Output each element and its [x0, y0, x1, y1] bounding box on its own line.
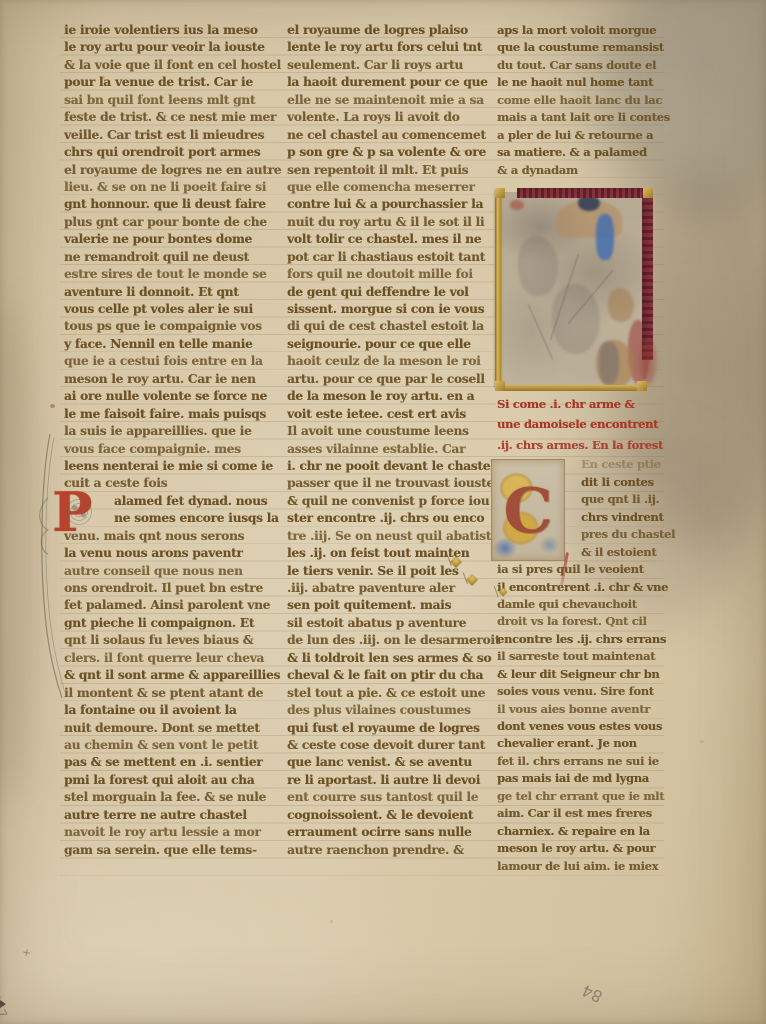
text-line: lamour de lui aim. ie miex: [497, 858, 663, 875]
text-line: ons orendroit. Il puet bn estre: [64, 580, 280, 597]
left-edge-mark: [0, 1000, 6, 1008]
text-line: & la voie que il font en cel hostel: [64, 57, 280, 74]
text-line: qui fust el royaume de logres: [287, 720, 499, 737]
text-line: cheval & le fait on ptir du cha: [287, 667, 499, 684]
text-line: meson le roy artu. Car ie nen: [64, 371, 280, 388]
text-line: elle ne se maintenoit mie a sa: [287, 92, 499, 109]
text-line: du tout. Car sans doute el: [497, 57, 663, 74]
text-line: pot car li chastiaus estoit tant: [287, 249, 499, 266]
text-line: plus gnt car pour bonte de che: [64, 214, 280, 231]
rubric-line: Si come .i. chr arme &: [497, 394, 663, 415]
text-line: le ne haoit nul home tant: [497, 74, 663, 91]
text-line: feste de trist. & ce nest mie mer: [64, 109, 280, 126]
rubric-line: .ij. chrs armes. En la forest: [497, 435, 663, 456]
text-line: pas & se mettent en .i. sentier: [64, 754, 280, 771]
miniature-ochre-figure: [596, 340, 634, 388]
text-line: stel tout a pie. & ce estoit une: [287, 685, 499, 702]
miniature-gold-frame-bottom: [495, 385, 647, 391]
text-line: sa matiere. & a palamed: [497, 144, 663, 161]
text-line: il montent & se ptent atant de: [64, 685, 280, 702]
text-line: venu. mais qnt nous serons: [64, 528, 280, 545]
text-line: cognoissoient. & le devoient: [287, 807, 499, 824]
text-line: mais a tant lait ore li contes: [497, 109, 663, 126]
text-line: le me faisoit faire. mais puisqs: [64, 406, 280, 423]
text-line: valerie ne pour bontes dome: [64, 231, 280, 248]
text-line: p son gre & p sa volente & ore: [287, 144, 499, 161]
text-line: la fontaine ou il avoient la: [64, 702, 280, 719]
text-line: de lun des .iij. on le desarmeroit: [287, 632, 499, 649]
manuscript-page: ie iroie volentiers ius la mesole roy ar…: [0, 0, 766, 1024]
text-line: alamed fet dynad. nous: [64, 493, 280, 510]
text-line: cuit a ceste fois: [64, 475, 280, 492]
ink-speck: [700, 740, 704, 743]
miniature-ochre-figure: [608, 288, 634, 322]
text-line: asses vilainne establie. Car: [287, 441, 499, 458]
text-line: que elle comencha meserrer: [287, 179, 499, 196]
text-line: chevalier erant. Je non: [497, 735, 663, 752]
text-line: gnt honnour. que li deust faire: [64, 196, 280, 213]
text-line: soies vous venu. Sire font: [497, 683, 663, 700]
text-line: a pler de lui & retourne a: [497, 127, 663, 144]
text-line: de gent qui deffendre le vol: [287, 284, 499, 301]
text-line: que la coustume remansist: [497, 39, 663, 56]
text-line: voit este ietee. cest ert avis: [287, 406, 499, 423]
ink-speck: [50, 404, 55, 408]
text-line: veille. Car trist est li mieudres: [64, 127, 280, 144]
text-line: sen repentoit il mlt. Et puis: [287, 162, 499, 179]
illuminated-initial-C: C: [491, 459, 565, 561]
text-line: navoit le roy artu lessie a mor: [64, 824, 280, 841]
paragraph-with-initial-P: P alamed fet dynad. nousne somes encore …: [64, 493, 280, 859]
text-line: contre lui & a pourchassier la: [287, 196, 499, 213]
text-line: gam sa serein. que elle tems-: [64, 842, 280, 859]
rubric-line: une damoisele encontrent: [497, 414, 663, 435]
text-line: que lanc venist. & se aventu: [287, 754, 499, 771]
text-line: sil estoit abatus p aventure: [287, 615, 499, 632]
margin-pen-flourish: [34, 432, 68, 700]
text-line: sissent. morgue si con ie vous: [287, 301, 499, 318]
text-line: volente. La roys li avoit do: [287, 109, 499, 126]
text-line: re li aportast. li autre li devoi: [287, 772, 499, 789]
text-line: encontre les .ij. chrs errans: [497, 631, 663, 648]
text-line: el royaume de logres plaiso: [287, 22, 499, 39]
miniature-gold-corner: [495, 381, 505, 391]
text-line: come elle haoit lanc du lac: [497, 92, 663, 109]
text-line: i. chr ne pooit devant le chastel: [287, 458, 499, 475]
text-line: ne somes encore iusqs la: [64, 510, 280, 527]
column2-paragraph: el royaume de logres plaisolente le roy …: [287, 22, 499, 859]
pencil-cross-mark: +: [21, 945, 33, 960]
text-line: dont venes vous estes vous: [497, 718, 663, 735]
text-line: lieu. & se on ne li poeit faire si: [64, 179, 280, 196]
text-line: nuit demoure. Dont se mettet: [64, 720, 280, 737]
column3-upper-paragraph: aps la mort voloit morgueque la coustume…: [497, 22, 663, 179]
text-line: leens nenterai ie mie si come ie: [64, 458, 280, 475]
text-line: di qui de cest chastel estoit la: [287, 318, 499, 335]
column1-paragraph-1: ie iroie volentiers ius la mesole roy ar…: [64, 22, 280, 493]
text-line: passer que il ne trouvast iouste: [287, 475, 499, 492]
miniature-maroon-border-top: [517, 188, 645, 198]
text-line: pour la venue de trist. Car ie: [64, 74, 280, 91]
text-line: damle qui chevauchoit: [497, 596, 663, 613]
text-line: estre sires de tout le monde se: [64, 266, 280, 283]
text-line: fet palamed. Ainsi parolent vne: [64, 597, 280, 614]
blue-pigment-patch: [596, 214, 614, 260]
text-line: des plus vilaines coustumes: [287, 702, 499, 719]
text-line: ie iroie volentiers ius la meso: [64, 22, 280, 39]
text-line: il sarreste tout maintenat: [497, 648, 663, 665]
text-line: il vous aies bonne aventr: [497, 701, 663, 718]
text-line: tre .iij. Se on neust quil abatist: [287, 528, 499, 545]
text-line: seulement. Car li roys artu: [287, 57, 499, 74]
miniature-red-smear: [640, 338, 656, 384]
text-line: tous ps que ie compaignie vos: [64, 318, 280, 335]
text-line: haoit ceulz de la meson le roi: [287, 353, 499, 370]
text-line: gnt pieche li compaignon. Et: [64, 615, 280, 632]
text-line: artu. pour ce que par le cosell: [287, 371, 499, 388]
text-line: la venu nous arons paventr: [64, 545, 280, 562]
miniature-gold-frame-left: [495, 190, 501, 388]
text-line: stel morguain la fee. & se nule: [64, 789, 280, 806]
text-line: la haoit durement pour ce que: [287, 74, 499, 91]
text-line: pas mais iai de md lygna: [497, 770, 663, 787]
text-line: autre conseil que nous nen: [64, 563, 280, 580]
text-line: autre terre ne autre chastel: [64, 807, 280, 824]
text-line: ne cel chastel au comencemet: [287, 127, 499, 144]
text-line: qnt li solaus fu leves biaus &: [64, 632, 280, 649]
red-pigment-patch: [510, 200, 524, 210]
miniature-gold-corner: [637, 381, 647, 391]
text-line: & ceste cose devoit durer tant: [287, 737, 499, 754]
text-line: que ie a cestui fois entre en la: [64, 353, 280, 370]
text-line: sen poit quitement. mais: [287, 597, 499, 614]
miniature-maroon-border-right: [642, 188, 653, 360]
text-line: sai bn quil font leens mlt gnt: [64, 92, 280, 109]
text-line: ge tel chr errant que ie mlt: [497, 788, 663, 805]
pencil-folio-number: 84: [579, 981, 605, 1007]
text-line: Il avoit une coustume leens: [287, 423, 499, 440]
text-line: au chemin & sen vont le petit: [64, 737, 280, 754]
text-line: ent courre sus tantost quil le: [287, 789, 499, 806]
text-line: vous face compaignie. mes: [64, 441, 280, 458]
text-line: charniex. & repaire en la: [497, 823, 663, 840]
text-line: aps la mort voloit morgue: [497, 22, 663, 39]
sketch-line: [528, 304, 553, 359]
text-line: ster encontre .ij. chrs ou enco: [287, 510, 499, 527]
text-line: erraument ocirre sans nulle: [287, 824, 499, 841]
text-line: & quil ne convenist p force iou: [287, 493, 499, 510]
text-line: de la meson le roy artu. en a: [287, 388, 499, 405]
paragraph-with-initial-C: C En ceste ptiedit li contesque qnt li .…: [497, 456, 663, 875]
miniature-faded-painting: [500, 192, 644, 385]
text-line: la suis ie appareillies. que ie: [64, 423, 280, 440]
illuminated-initial-P: P: [52, 485, 93, 539]
text-line: les .ij. on feist tout mainten: [287, 545, 499, 562]
text-line: ne remandroit quil ne deust: [64, 249, 280, 266]
text-line: & a dynadam: [497, 162, 663, 179]
rubric: Si come .i. chr arme &une damoisele enco…: [497, 394, 663, 456]
text-line: volt tolir ce chastel. mes il ne: [287, 231, 499, 248]
text-line: il encontrerent .i. chr & vne: [497, 579, 663, 596]
text-column-3: aps la mort voloit morgueque la coustume…: [497, 22, 663, 875]
text-line: fors quil ne doutoit mille foi: [287, 266, 499, 283]
text-line: aim. Car il est mes freres: [497, 805, 663, 822]
miniature-gray-shade: [518, 236, 558, 296]
text-line: vous celle pt voles aler ie sui: [64, 301, 280, 318]
text-line: fet il. chrs errans ne sui ie: [497, 753, 663, 770]
text-line: autre raenchon prendre. &: [287, 842, 499, 859]
text-column-2: el royaume de logres plaisolente le roy …: [287, 22, 499, 859]
text-line: droit vs la forest. Qnt cil: [497, 613, 663, 630]
text-line: & qnt il sont arme & appareillies: [64, 667, 280, 684]
miniature-gold-corner: [643, 188, 653, 198]
ink-speck: [330, 920, 333, 923]
column1-paragraph-2: alamed fet dynad. nousne somes encore iu…: [64, 493, 280, 859]
text-line: & li toldroit len ses armes & so: [287, 650, 499, 667]
text-line: clers. il font querre leur cheva: [64, 650, 280, 667]
text-line: ia si pres quil le veoient: [497, 561, 663, 578]
text-line: ai ore nulle volente se force ne: [64, 388, 280, 405]
text-line: el royaume de logres ne en autre: [64, 162, 280, 179]
text-line: le roy artu pour veoir la iouste: [64, 39, 280, 56]
miniature: [495, 188, 653, 391]
text-line: chrs qui orendroit port armes: [64, 144, 280, 161]
text-line: y face. Nennil en telle manie: [64, 336, 280, 353]
text-line: aventure li donnoit. Et qnt: [64, 284, 280, 301]
text-column-1: ie iroie volentiers ius la mesole roy ar…: [64, 22, 280, 859]
text-line: lente le roy artu fors celui tnt: [287, 39, 499, 56]
miniature-gold-corner: [495, 188, 505, 198]
text-line: & leur dit Seigneur chr bn: [497, 666, 663, 683]
text-line: nuit du roy artu & il le sot il li: [287, 214, 499, 231]
text-line: meson le roy artu. & pour: [497, 840, 663, 857]
text-line: seignourie. pour ce que elle: [287, 336, 499, 353]
text-line: pmi la forest qui aloit au cha: [64, 772, 280, 789]
